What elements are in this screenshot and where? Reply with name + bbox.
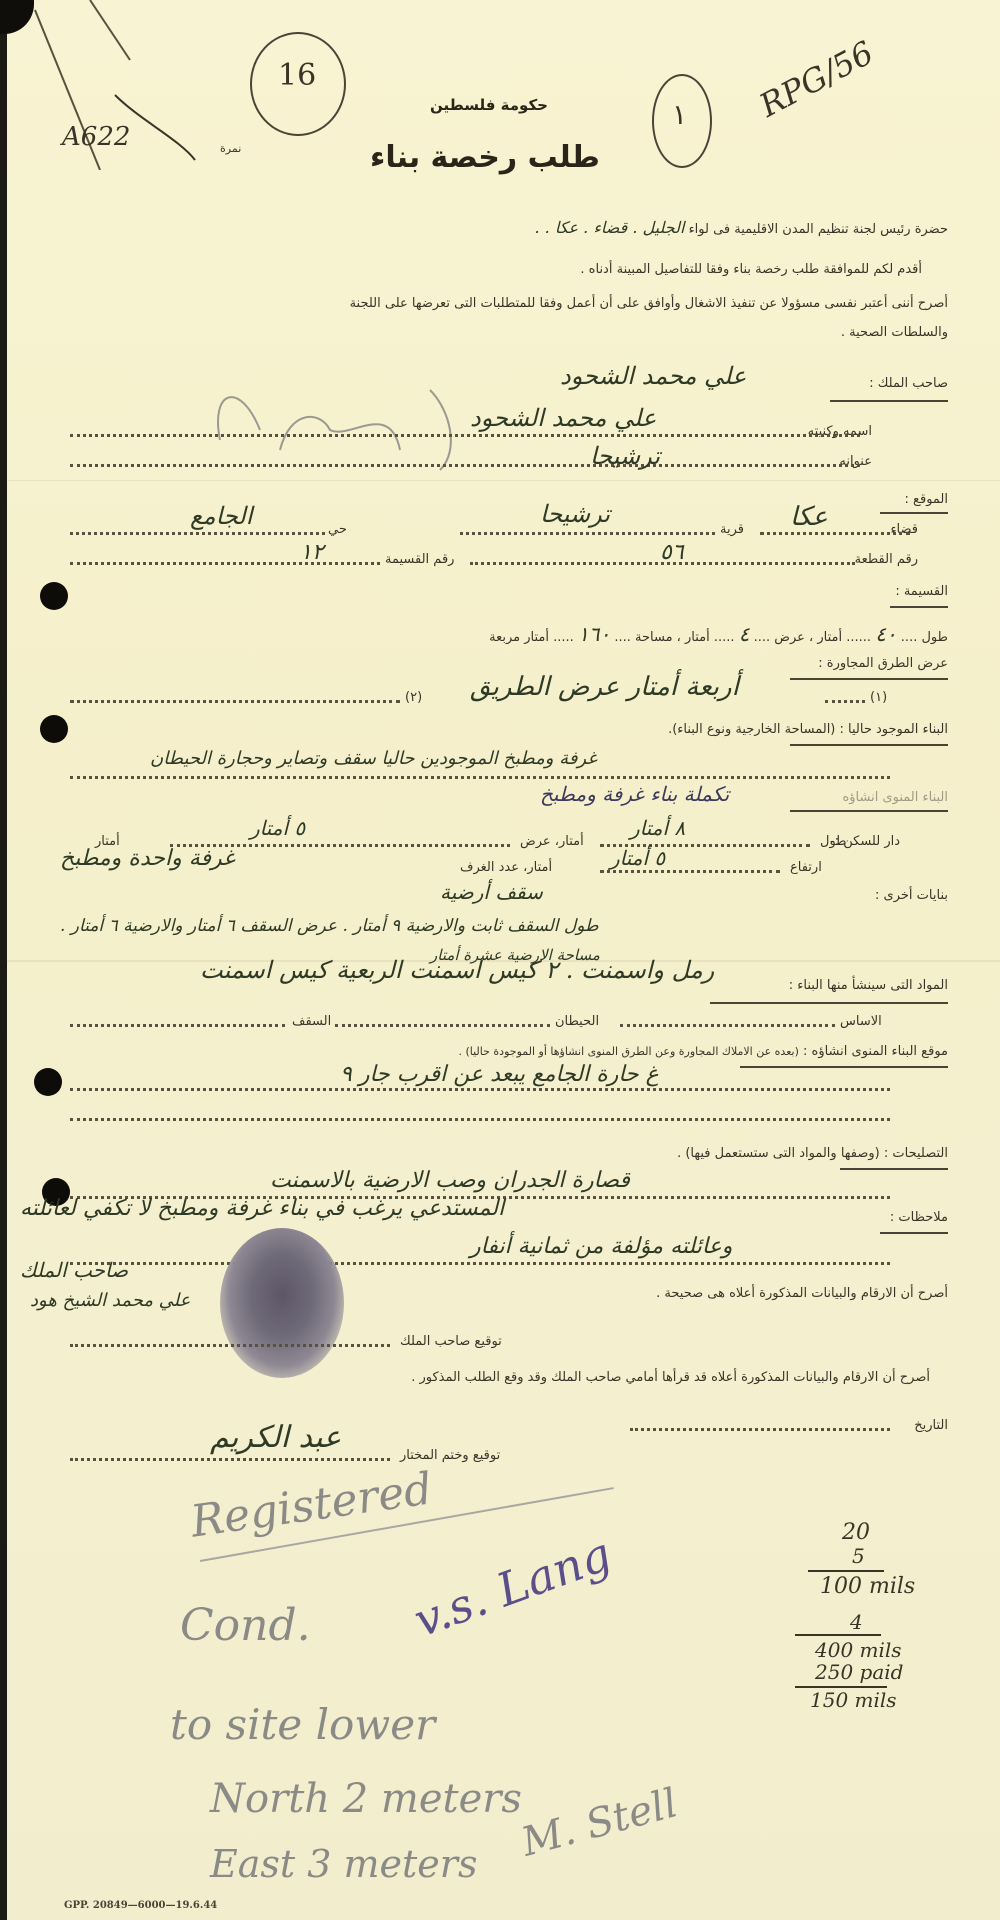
paper-fold: [6, 480, 1000, 481]
proposed-building-handwritten: تكملة بناء غرفة ومطبخ: [540, 782, 729, 806]
repairs-value: قصارة الجدران وصب الارضية بالاسمنت: [270, 1168, 630, 1193]
section-underline: [740, 1066, 948, 1068]
section-underline: [880, 512, 948, 514]
quarter-label: حي: [328, 522, 347, 537]
calc-divisor: 5: [852, 1544, 865, 1568]
proposed-location-value: غ حارة الجامع يبعد عن اقرب جار ٩: [340, 1062, 659, 1087]
proposed-location-label: موقع البناء المنوى انشاؤه : (بعده عن الا…: [458, 1044, 948, 1059]
section-underline: [830, 400, 948, 402]
section-underline: [790, 678, 948, 680]
rooms-label: أمتار، عدد الغرف: [460, 860, 552, 875]
addressee-district: الجليل . قضاء . عكا . .: [534, 218, 684, 237]
pencil-note-east: East 3 meters: [210, 1842, 477, 1886]
proposed-building-label: البناء المنوى انشاؤه: [842, 790, 948, 805]
remarks-value-line-2: وعائلته مؤلفة من ثمانية أنفار: [470, 1234, 732, 1259]
owner-signature-field: [70, 1344, 390, 1347]
calc-rule: [795, 1634, 881, 1636]
plot-width-label: عرض: [774, 630, 805, 645]
foundation-label: الاساس: [840, 1014, 882, 1029]
calc-top: 20: [842, 1520, 870, 1545]
proposed-location-field-2: [70, 1118, 890, 1121]
calc-total: 400 mils: [815, 1638, 902, 1662]
number-value: A622: [62, 122, 130, 152]
section-underline: [790, 810, 948, 812]
owner-name-value: علي محمد الشحود: [470, 404, 656, 432]
owner-address-field: [70, 464, 860, 467]
dwelling-height-value: ٥ أمتار: [610, 846, 665, 870]
road2-field: [70, 700, 400, 703]
government-header: حكومة فلسطين: [430, 96, 548, 114]
owner-declaration: أصرح أن الارقام والبيانات المذكورة أعلاه…: [656, 1286, 948, 1301]
date-label: التاريخ: [914, 1418, 948, 1433]
intro-line-3: والسلطات الصحية .: [841, 325, 948, 340]
parcel-value: ٥٦: [660, 540, 684, 565]
village-field: [460, 532, 715, 535]
section-underline: [880, 1232, 948, 1234]
dwelling-length-label: طول: [820, 834, 847, 849]
roof-label: السقف: [292, 1014, 331, 1029]
mukhtar-signature-field: [70, 1458, 390, 1461]
plot-number-field: [70, 562, 380, 565]
addressee-prefix: حضرة رئيس لجنة تنظيم المدن الاقليمية فى …: [689, 222, 948, 237]
foundation-field: [620, 1024, 835, 1027]
rooms-label-text: عدد الغرف: [460, 860, 519, 875]
plot-number-value: ١٢: [300, 540, 324, 565]
road1-value: أربعة أمتار عرض الطريق: [470, 672, 739, 702]
proposed-location-title: موقع البناء المنوى انشاؤه :: [803, 1044, 948, 1059]
intro-line-1: أقدم لكم للموافقة طلب رخصة بناء وفقا للت…: [580, 262, 922, 277]
owner-signature-label: توقيع صاحب الملك: [400, 1334, 502, 1349]
other-buildings-value: سقف أرضية: [440, 880, 543, 904]
existing-building-note: (المساحة الخارجية ونوع البناء).: [668, 722, 835, 737]
calc-multiplier: 4: [850, 1610, 863, 1634]
district-value: عكا: [790, 502, 828, 532]
number-label: نمرة: [220, 142, 241, 155]
remarks-field: [70, 1262, 890, 1265]
dwelling-width-value: ٥ أمتار: [250, 816, 305, 840]
section-underline: [890, 606, 948, 608]
plot-section-label: القسيمة :: [895, 584, 948, 599]
village-label: قرية: [720, 522, 744, 537]
proposed-location-note: (بعده عن الاملاك المجاورة وعن الطرق المن…: [458, 1045, 798, 1058]
calc-due: 150 mils: [810, 1688, 897, 1712]
owner-section-label: صاحب الملك :: [869, 376, 948, 391]
owner-signature-note-1: صاحب الملك: [20, 1258, 128, 1282]
plot-length-unit: أمتار: [817, 630, 842, 645]
page-title: طلب رخصة بناء: [370, 140, 600, 175]
plot-width-unit: أمتار: [685, 630, 710, 645]
district-field: [760, 532, 910, 535]
section-underline: [840, 1168, 948, 1170]
plot-length-label: طول: [921, 630, 948, 645]
roof-field: [70, 1024, 285, 1027]
repairs-section-label: التصليحات : (وصفها والمواد التى ستستعمل …: [677, 1146, 948, 1161]
thumbprint: [220, 1228, 344, 1378]
walls-label: الحيطان: [555, 1014, 599, 1029]
existing-building-title: البناء الموجود حاليا :: [840, 722, 948, 737]
materials-value: رمل واسمنت . ٢ كيس اسمنت الربعية كيس اسم…: [200, 956, 714, 984]
quarter-field: [70, 532, 325, 535]
circled-number-left-text: 16: [278, 58, 316, 93]
dwelling-height-label: ارتفاع: [790, 860, 822, 875]
village-value: ترشيحا: [540, 500, 610, 528]
binder-hole: [40, 582, 68, 610]
mukhtar-signature: عبد الكريم: [210, 1420, 341, 1455]
proposed-location-field: [70, 1088, 890, 1091]
quarter-value: الجامع: [190, 502, 252, 530]
owner-signature-note-2: علي محمد الشيخ هود: [30, 1290, 190, 1311]
calc-result-1: 100 mils: [820, 1574, 915, 1599]
walls-field: [335, 1024, 550, 1027]
plot-width-value: ٤: [739, 622, 750, 646]
binder-hole: [40, 715, 68, 743]
materials-section-label: المواد التى سينشأ منها البناء :: [789, 978, 948, 993]
date-field: [630, 1428, 890, 1431]
roads-section-label: عرض الطرق المجاورة :: [818, 656, 948, 671]
owner-address-value: ترشيحا: [590, 442, 660, 470]
other-buildings-label: بنايات أخرى :: [875, 888, 948, 903]
mukhtar-declaration: أصرح أن الارقام والبيانات المذكورة أعلاه…: [411, 1370, 930, 1385]
road2-label: (٢): [405, 690, 422, 705]
calc-rule: [808, 1570, 884, 1572]
road1-field: [825, 700, 865, 703]
intro-line-2: أصرح أننى أعتبر نفسى مسؤولا عن تنفيذ الا…: [350, 296, 948, 311]
pencil-note-site: to site lower: [170, 1700, 435, 1749]
remarks-section-label: ملاحظات :: [890, 1210, 948, 1225]
dwelling-length-value: ٨ أمتار: [630, 816, 685, 840]
section-underline: [790, 744, 948, 746]
addressee-line: حضرة رئيس لجنة تنظيم المدن الاقليمية فى …: [534, 218, 948, 237]
existing-building-value: غرفة ومطبخ الموجودين حاليا سقف وتصاير وح…: [150, 748, 597, 769]
plot-dimensions-line: طول .... ٤٠ ...... أمتار ، عرض .... ٤ ..…: [489, 622, 948, 646]
unit-meters: أمتار: [527, 860, 552, 875]
remarks-value-line-1: المستدعي يرغب في بناء غرفة ومطبخ لا تكفي…: [20, 1196, 504, 1221]
existing-building-field: [70, 776, 890, 779]
parcel-label: رقم القطعة: [855, 552, 918, 567]
owner-handwritten-name: علي محمد الشحود: [560, 362, 746, 390]
plot-length-value: ٤٠: [875, 622, 896, 646]
pencil-note-cond: Cond.: [180, 1600, 311, 1651]
road1-label: (١): [870, 690, 887, 705]
existing-building-label: البناء الموجود حاليا : (المساحة الخارجية…: [668, 722, 948, 737]
dwelling-width-label: أمتار، عرض: [520, 834, 584, 849]
plot-number-label: رقم القسيمة: [385, 552, 454, 567]
calc-paid: 250 paid: [815, 1660, 903, 1684]
plot-area-unit: أمتار مربعة: [489, 630, 549, 645]
plot-area-label: مساحة: [635, 630, 673, 645]
repairs-note: (وصفها والمواد التى ستستعمل فيها) .: [677, 1146, 880, 1161]
location-section-label: الموقع :: [905, 492, 948, 507]
plot-area-value: ١٦٠: [578, 622, 610, 646]
repairs-title: التصليحات :: [884, 1146, 948, 1161]
section-underline: [710, 1002, 948, 1004]
pencil-note-north: North 2 meters: [210, 1776, 522, 1822]
mukhtar-signature-label: توقيع وختم المختار: [400, 1448, 500, 1463]
unit-meters: أمتار: [559, 834, 584, 849]
binder-hole: [34, 1068, 62, 1096]
circled-number-right-text: ١: [672, 98, 687, 131]
print-code: GPP. 20849—6000—19.6.44: [64, 1900, 217, 1911]
roof-dimensions-line: طول السقف ثابت والارضية ٩ أمتار . عرض ال…: [60, 916, 599, 936]
owner-name-field: [70, 434, 860, 437]
rooms-value: غرفة واحدة ومطبخ: [60, 846, 235, 871]
dwelling-height-field: [600, 870, 780, 873]
